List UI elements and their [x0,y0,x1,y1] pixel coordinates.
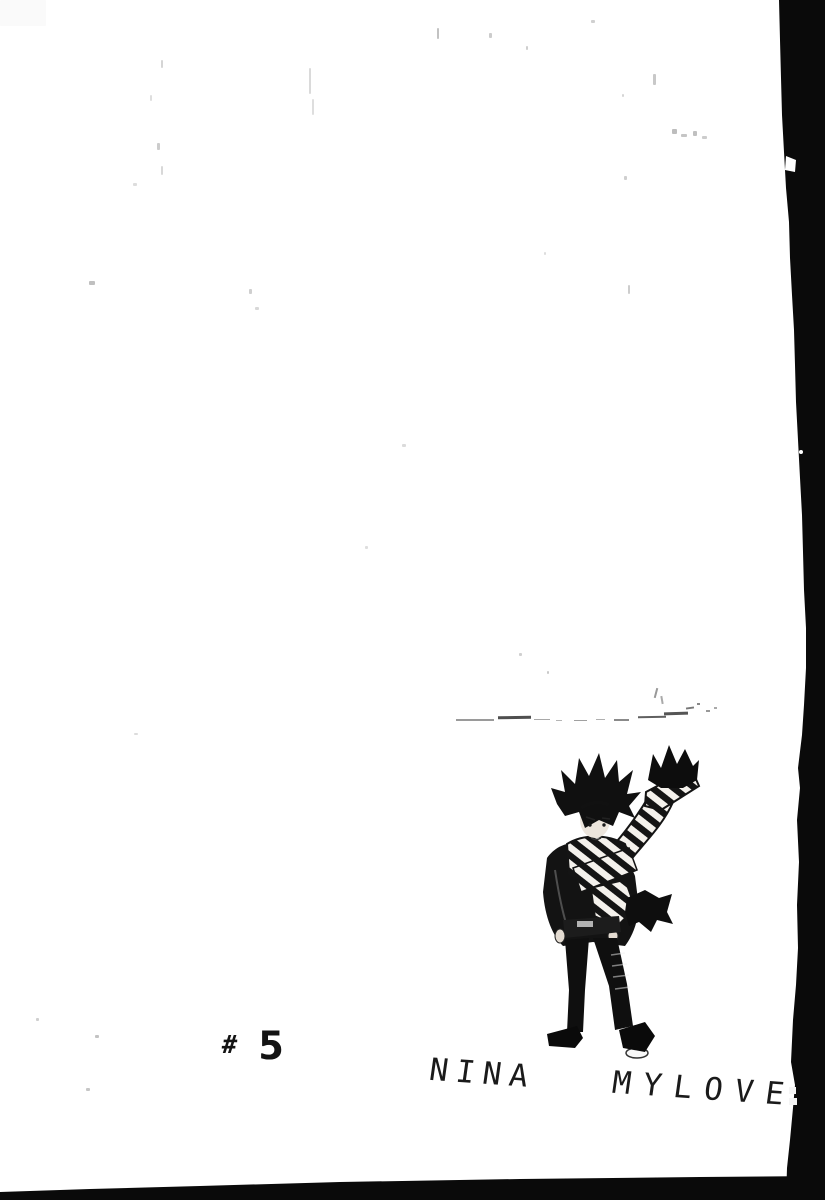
scan-speckle [161,60,163,68]
scan-speckle [681,134,687,137]
hand [555,929,565,943]
right-leg [593,938,633,1030]
scan-speckle [249,289,252,294]
scan-speckle [0,0,46,26]
chapter-number-digit: 5 [258,1024,289,1069]
scan-speckle [653,74,656,85]
scan-speckle [526,46,528,50]
scratch-mark [697,703,700,705]
scratch-mark [638,716,666,718]
right-edge-nick [799,450,803,454]
scratch-mark [614,719,629,721]
right-edge-notch [785,156,796,172]
scan-speckle [36,1018,39,1021]
title-word-mylove: MYLOVE [610,1065,799,1114]
scan-speckle [89,281,95,285]
scan-speckle [255,307,259,310]
scan-speckle [702,136,707,139]
chapter-number: # 5 [222,1024,302,1069]
scan-speckle [437,28,439,39]
scratch-mark [534,719,550,720]
scan-speckle [150,95,152,101]
scan-speckle [365,546,368,549]
title-word-nina: NINA [427,1052,538,1095]
scan-speckle [133,183,137,186]
scan-speckle [624,176,627,180]
scratch-mark [498,716,531,720]
scan-speckle [309,68,311,94]
scratch-mark [714,707,717,709]
scratch-mark [574,720,587,721]
scratch-mark [654,688,659,698]
right-edge-ink [779,0,825,1200]
scan-speckle [489,33,492,38]
scan-speckle [672,129,677,134]
scan-speckle [519,653,522,656]
eye [602,823,605,826]
scratch-mark [686,706,694,709]
scan-speckle [544,252,546,255]
scan-speckle [161,166,163,175]
scarf-tip-spikes [648,745,699,788]
scratch-mark [456,719,494,721]
scan-speckle [312,99,314,115]
scan-speckle [693,131,697,136]
scan-speckle [134,733,138,735]
chapter-hash-glyph: # [221,1030,244,1059]
hair [551,753,641,828]
scratch-mark [706,710,710,712]
belt-buckle [577,921,593,927]
scan-speckle [95,1035,99,1038]
scan-speckle [547,671,549,674]
character-illustration [533,740,708,1065]
left-boot [547,1026,583,1048]
scan-speckle [628,285,630,294]
scratch-mark [660,696,663,704]
eye [588,823,591,826]
scan-speckle [622,94,624,97]
scratch-mark [556,720,562,721]
bottom-edge-ink [0,1176,825,1200]
scratch-mark [596,719,605,720]
scan-speckle [86,1088,90,1091]
left-leg [565,938,589,1032]
scan-speckle [402,444,406,447]
scan-speckle [591,20,595,23]
manga-page: { "page": { "paper_color": "#ffffff", "i… [0,0,825,1200]
scratch-mark [664,712,688,716]
scan-speckle [157,143,160,150]
